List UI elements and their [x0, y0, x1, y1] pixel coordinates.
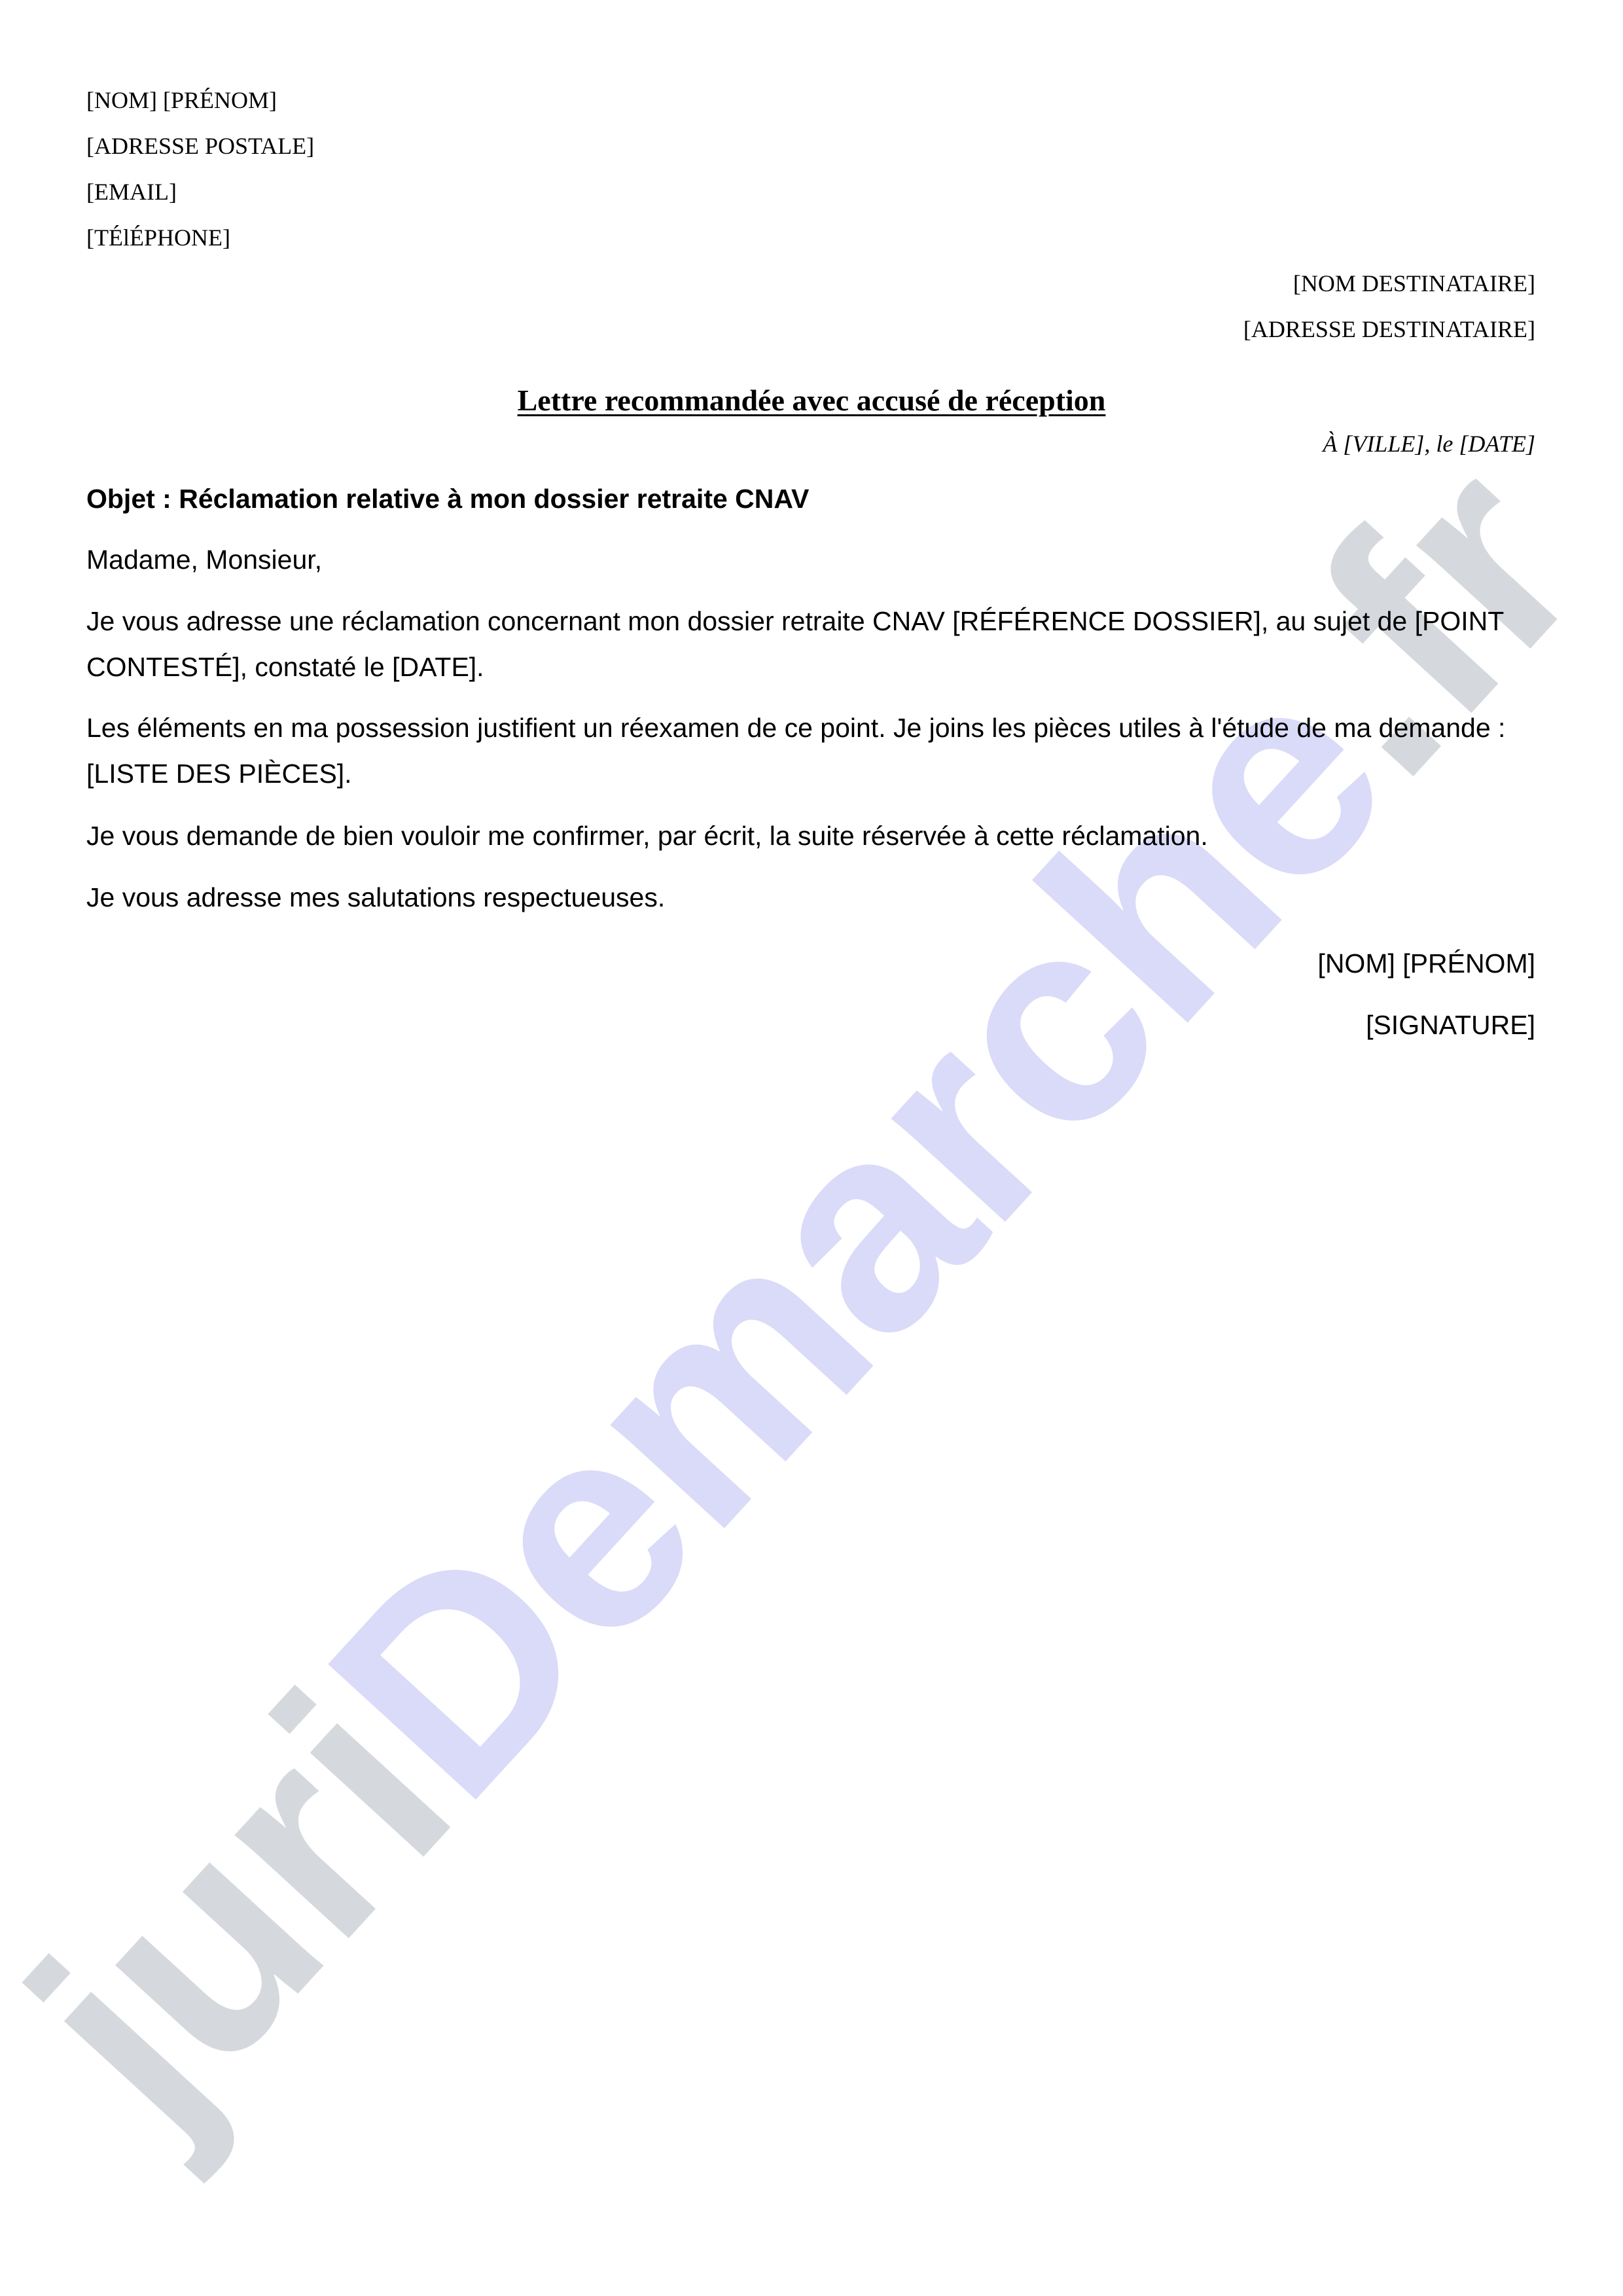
paragraph-2-line-1: Les éléments en ma possession justifient… [86, 713, 1505, 743]
letter-title-text: Lettre recommandée avec accusé de récept… [518, 384, 1106, 417]
paragraph-2-line-2: [LISTE DES PIÈCES]. [86, 759, 352, 789]
sender-email: [EMAIL] [86, 179, 177, 205]
recipient-name: [NOM DESTINATAIRE] [1293, 270, 1535, 296]
sender-name: [NOM] [PRÉNOM] [86, 87, 277, 113]
recipient-address: [ADRESSE DESTINATAIRE] [1243, 316, 1535, 342]
letter-page: juriDemarche.fr [NOM] [PRÉNOM] [ADRESSE … [0, 0, 1623, 2296]
place-date: À [VILLE], le [DATE] [1323, 431, 1535, 457]
sender-phone: [TÉlÉPHONE] [86, 224, 230, 251]
subject-line: Objet : Réclamation relative à mon dossi… [86, 484, 809, 514]
paragraph-1-line-2: CONTESTÉ], constaté le [DATE]. [86, 652, 484, 682]
signature-placeholder: [SIGNATURE] [1366, 1010, 1535, 1040]
signature-name: [NOM] [PRÉNOM] [1317, 948, 1535, 978]
paragraph-1-line-1: Je vous adresse une réclamation concerna… [86, 606, 1504, 636]
letter-title: Lettre recommandée avec accusé de récept… [0, 384, 1623, 418]
greeting: Madame, Monsieur, [86, 545, 322, 575]
sender-address: [ADRESSE POSTALE] [86, 133, 314, 159]
paragraph-3: Je vous demande de bien vouloir me confi… [86, 821, 1208, 851]
letter-content: [NOM] [PRÉNOM] [ADRESSE POSTALE] [EMAIL]… [0, 0, 1623, 2296]
paragraph-4: Je vous adresse mes salutations respectu… [86, 882, 665, 912]
